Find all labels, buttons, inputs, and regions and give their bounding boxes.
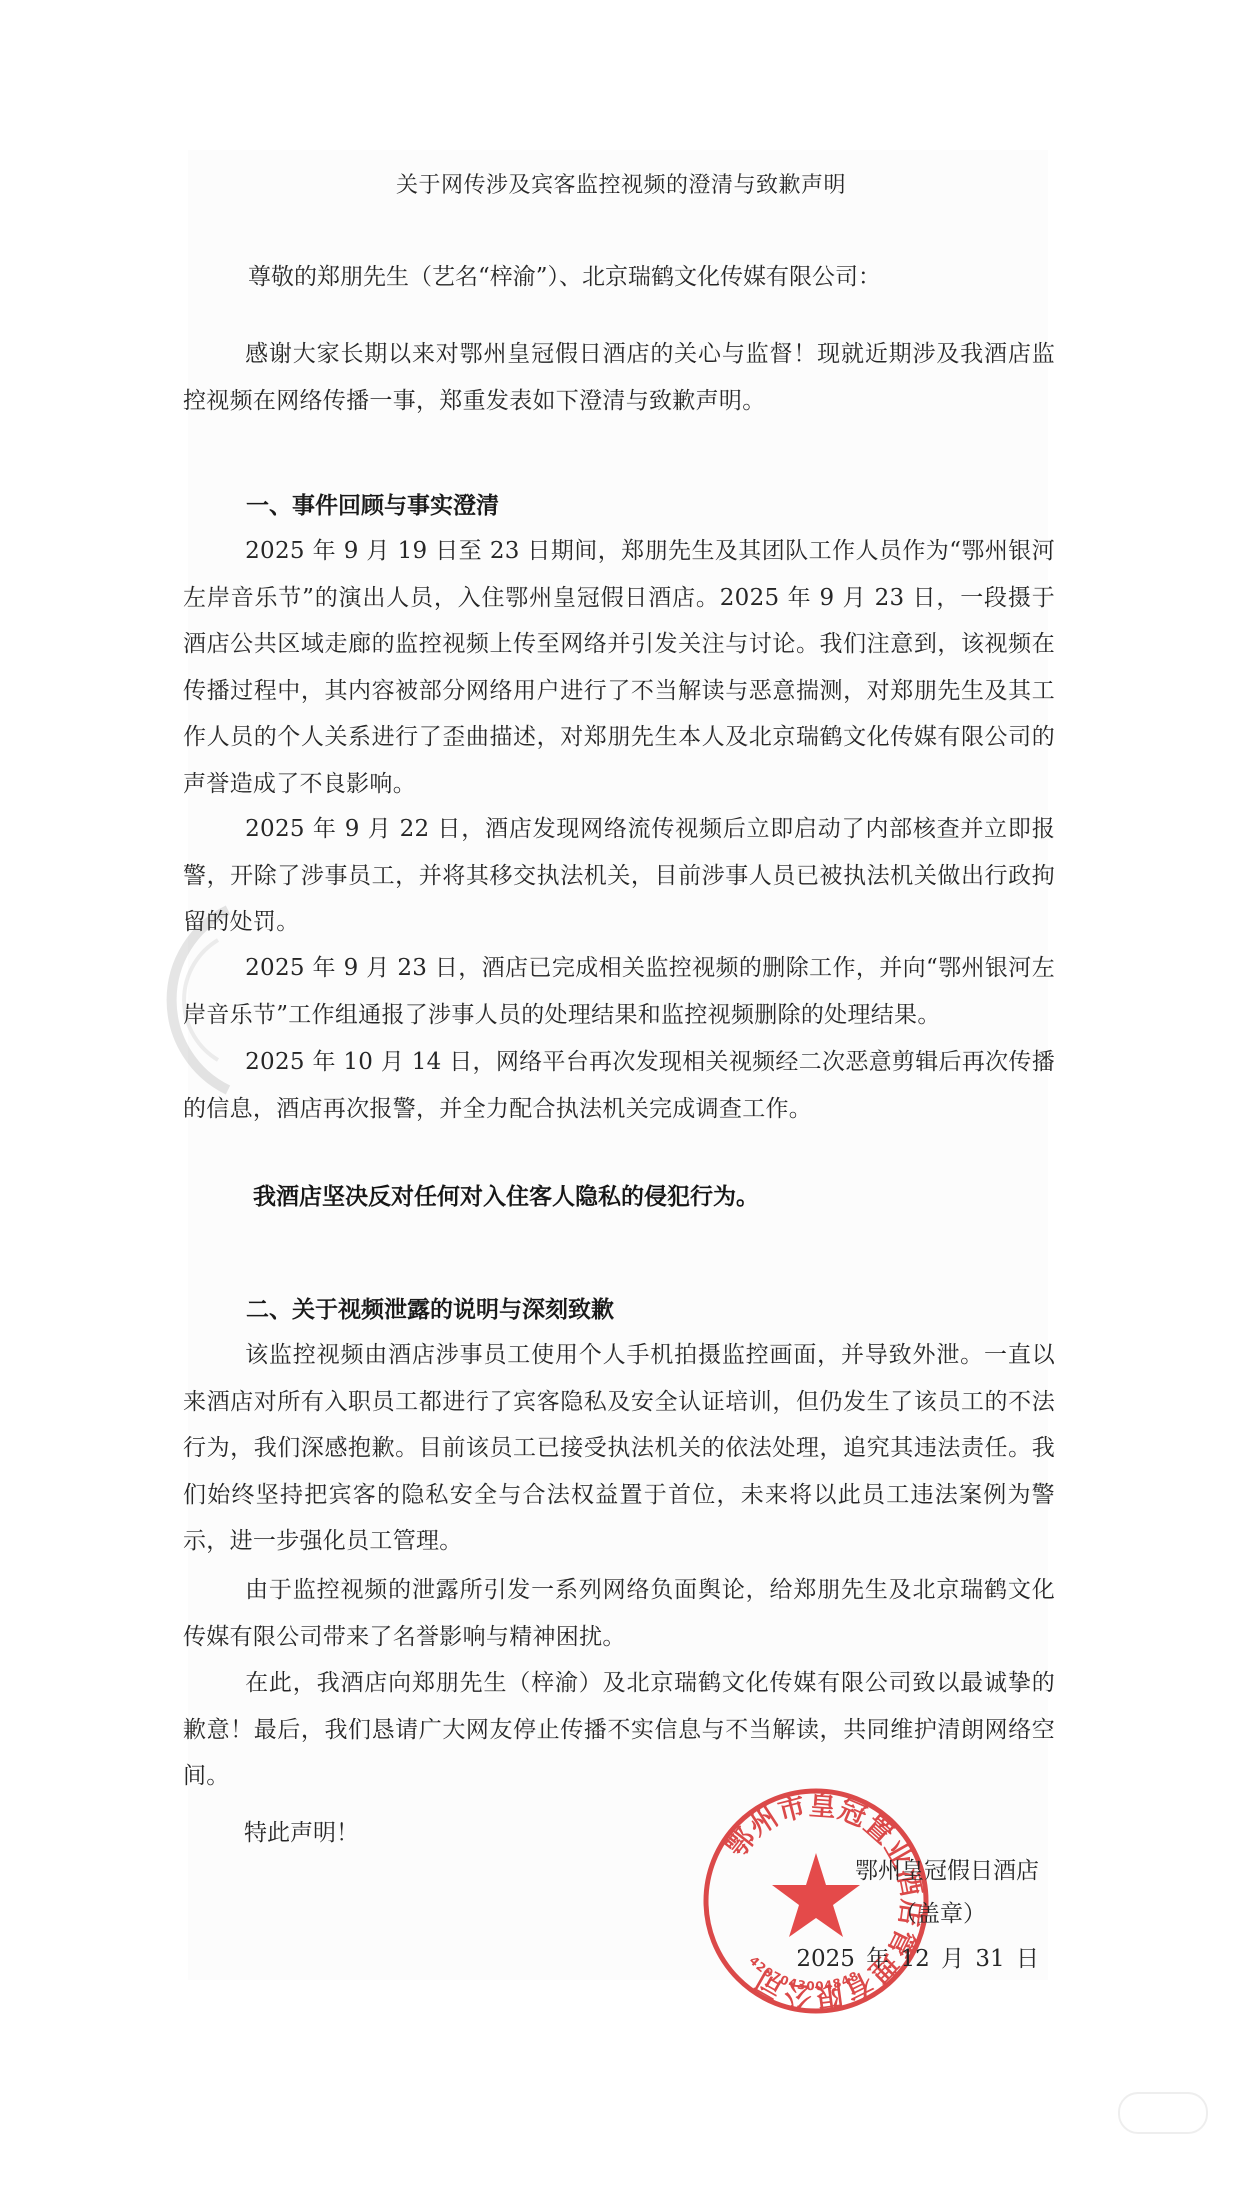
- faint-watermark-badge: [1118, 2092, 1208, 2134]
- intro-paragraph: 感谢大家长期以来对鄂州皇冠假日酒店的关心与监督！现就近期涉及我酒店监控视频在网络…: [183, 331, 1055, 424]
- section-1-paragraph-4: 2025 年 10 月 14 日，网络平台再次发现相关视频经二次恶意剪辑后再次传…: [183, 1039, 1055, 1132]
- signature-organization: 鄂州皇冠假日酒店: [855, 1852, 1039, 1885]
- emphasis-statement: 我酒店坚决反对任何对入住客人隐私的侵犯行为。: [253, 1178, 759, 1211]
- closing-statement: 特此声明！: [244, 1814, 359, 1847]
- section-1-paragraph-3: 2025 年 9 月 23 日，酒店已完成相关监控视频的删除工作，并向“鄂州银河…: [183, 945, 1055, 1038]
- salutation: 尊敬的郑朋先生（艺名“梓渝”）、北京瑞鹤文化传媒有限公司：: [248, 258, 881, 291]
- section-1-heading: 一、事件回顾与事实澄清: [246, 487, 499, 520]
- signature-seal-note: （盖章）: [894, 1895, 986, 1928]
- document-title: 关于网传涉及宾客监控视频的澄清与致歉声明: [0, 168, 1242, 199]
- section-2-paragraph-1: 该监控视频由酒店涉事员工使用个人手机拍摄监控画面，并导致外泄。一直以来酒店对所有…: [183, 1332, 1055, 1565]
- section-1-paragraph-2: 2025 年 9 月 22 日，酒店发现网络流传视频后立即启动了内部核查并立即报…: [183, 806, 1055, 946]
- section-1-paragraph-1: 2025 年 9 月 19 日至 23 日期间，郑朋先生及其团队工作人员作为“鄂…: [183, 528, 1055, 807]
- section-2-paragraph-2: 由于监控视频的泄露所引发一系列网络负面舆论，给郑朋先生及北京瑞鹤文化传媒有限公司…: [183, 1567, 1055, 1660]
- signature-date: 2025 年 12 月 31 日: [796, 1940, 1039, 1973]
- section-2-paragraph-3: 在此，我酒店向郑朋先生（梓渝）及北京瑞鹤文化传媒有限公司致以最诚挚的歉意！最后，…: [183, 1660, 1055, 1800]
- section-2-heading: 二、关于视频泄露的说明与深刻致歉: [246, 1291, 614, 1324]
- document-page: 关于网传涉及宾客监控视频的澄清与致歉声明 尊敬的郑朋先生（艺名“梓渝”）、北京瑞…: [0, 0, 1242, 2208]
